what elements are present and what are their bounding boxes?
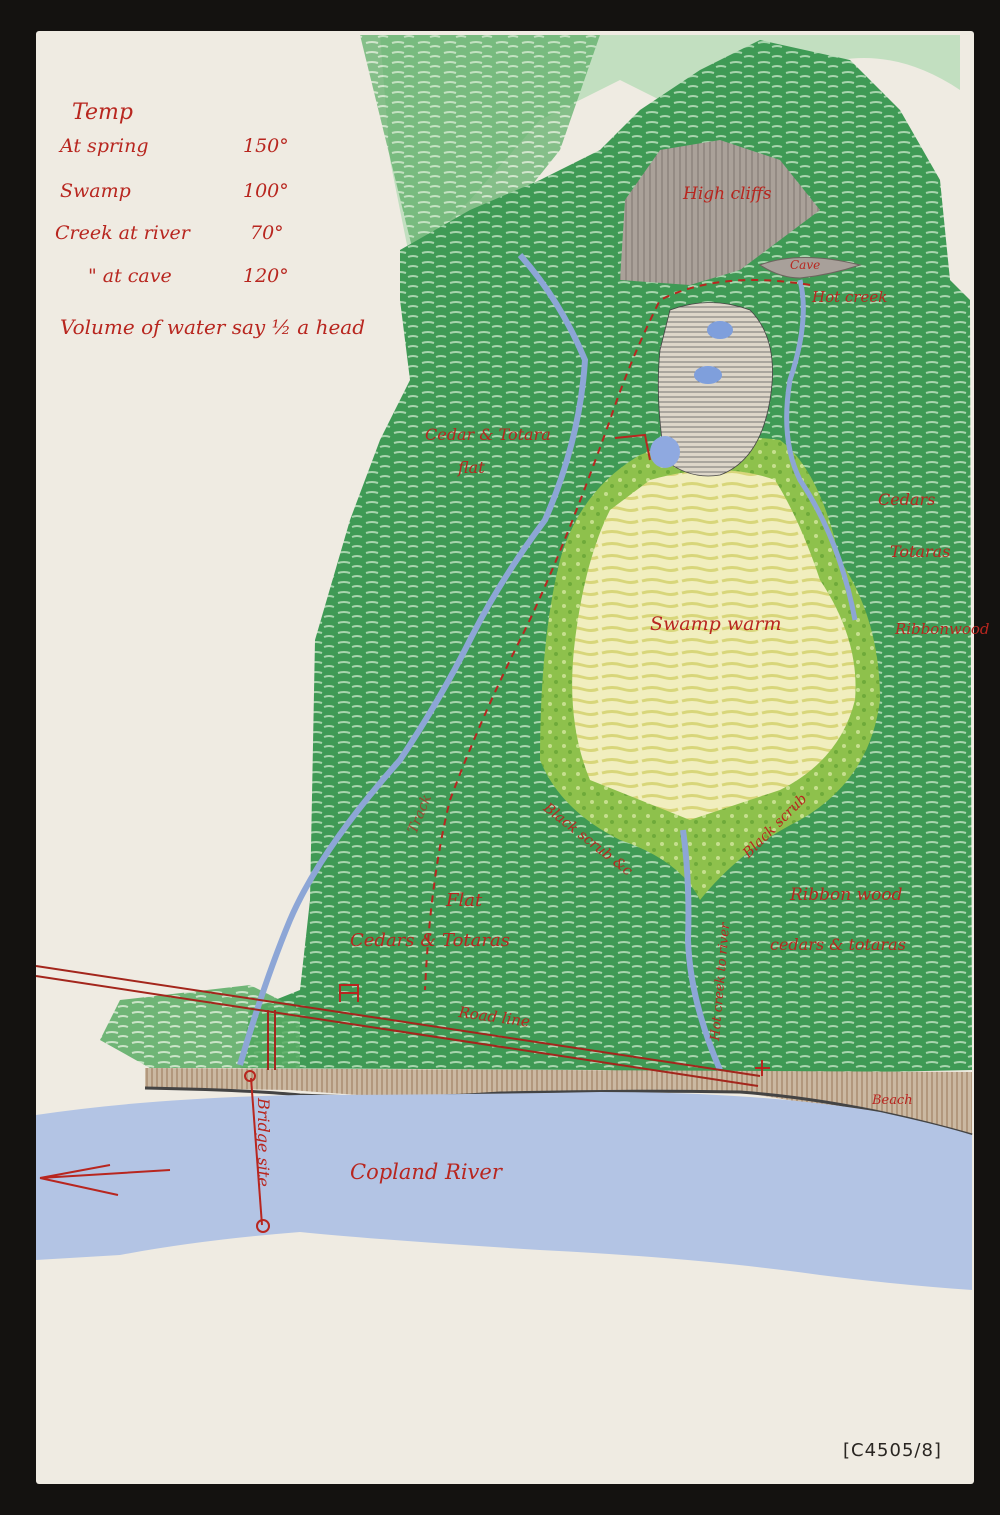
legend-value-swamp: 100°	[243, 180, 289, 202]
spring-pool-3	[650, 436, 680, 468]
spring-pool-2	[694, 366, 722, 384]
label-ribbonwood-lower-2: cedars & totaras	[770, 935, 906, 954]
legend-value-spring: 150°	[243, 135, 289, 157]
legend-note: Volume of water say ½ a head	[60, 315, 365, 339]
legend-value-cave: 120°	[243, 265, 289, 287]
label-cedars-right: Cedars	[878, 490, 935, 509]
catalog-number: [C4505/8]	[843, 1440, 942, 1461]
label-ribbonwood-right: Ribbonwood	[895, 620, 990, 638]
label-high-cliffs: High cliffs	[683, 184, 772, 204]
label-flat: Flat	[446, 890, 482, 911]
legend-label-cave: " at cave	[88, 265, 172, 287]
label-bridge-site: Bridge site	[254, 1098, 273, 1187]
legend-label-spring: At spring	[60, 135, 149, 157]
label-ribbonwood-lower: Ribbon wood	[790, 885, 903, 905]
label-cedar-totara-flat-2: flat	[458, 458, 485, 477]
legend-value-creek-river: 70°	[250, 222, 284, 244]
label-swamp: Swamp warm	[650, 613, 782, 635]
legend-label-swamp: Swamp	[60, 180, 131, 202]
label-cedar-totara-flat: Cedar & Totara	[425, 425, 551, 444]
label-cedars-totaras: Cedars & Totaras	[350, 930, 510, 951]
label-copland-river: Copland River	[350, 1160, 502, 1184]
spring-pool-1	[707, 321, 733, 339]
legend-label-creek-river: Creek at river	[55, 222, 190, 244]
label-hot-creek: Hot creek	[812, 288, 887, 306]
legend-title: Temp	[72, 100, 133, 125]
label-beach: Beach	[872, 1093, 913, 1108]
label-totaras-right: Totaras	[890, 542, 950, 561]
label-cave: Cave	[790, 258, 820, 272]
copland-river	[36, 1092, 972, 1290]
